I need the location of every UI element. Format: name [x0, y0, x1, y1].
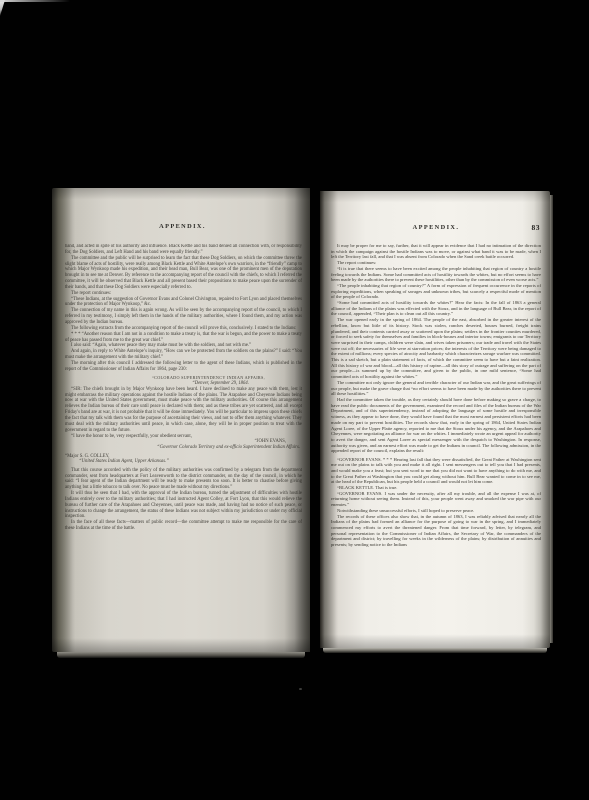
scan-edge-artifact: [0, 0, 5, 16]
addressee-title: “United States Indian Agent, Upper Arkan…: [65, 459, 302, 465]
book-spread: APPENDIX. band, and acted in spite of hi…: [52, 188, 552, 658]
paragraph: The morning after this council I address…: [65, 361, 302, 373]
right-page: APPENDIX. 83 It may be proper for me to …: [320, 191, 550, 648]
page-bottom-edge: [57, 652, 305, 658]
photo-background: APPENDIX. band, and acted in spite of hi…: [0, 0, 589, 800]
page-header-left: APPENDIX.: [65, 223, 300, 230]
paragraph: The committee not only ignore the genera…: [331, 380, 541, 397]
paragraph: Had the committee taken the trouble, as …: [331, 397, 541, 454]
paragraph: The records of these offices also show t…: [331, 514, 541, 548]
page-header-text: APPENDIX.: [413, 224, 460, 231]
paragraph: band, and acted in spite of his authorit…: [65, 244, 302, 256]
paragraph: The committee and the public will be sur…: [65, 256, 302, 291]
dialogue-line: “GOVERNOR EVANS. I was under the necessi…: [331, 491, 541, 508]
paragraph: * * * “Another reason that I am not in a…: [65, 332, 302, 344]
paragraph: “SIR: The chiefs brought in by Major Wyn…: [65, 387, 302, 434]
paragraph: “It is true that there seems to have bee…: [331, 266, 541, 283]
page-bottom-edge: [323, 648, 547, 653]
paragraph: “The people inhabiting that region of co…: [331, 283, 541, 300]
paragraph: The connection of my name in this is aga…: [65, 308, 302, 326]
paragraph: The war opened early in the spring of 18…: [331, 317, 541, 380]
paragraph: And again, in reply to White Antelope’s …: [65, 349, 302, 361]
paragraph: It may be proper for me to say, further,…: [331, 243, 541, 260]
left-page: APPENDIX. band, and acted in spite of hi…: [52, 188, 310, 652]
paragraph: “These Indians, at the suggestion of Gov…: [65, 297, 302, 309]
paragraph: In the face of all these facts—matters o…: [65, 520, 302, 532]
page-number: 83: [532, 223, 541, 232]
dialogue-line: “GOVERNOR EVANS. * * * Hearing last fall…: [331, 457, 541, 486]
dust-speck: [299, 688, 302, 690]
scan-edge-artifact: [0, 0, 70, 2]
paragraph: The following extracts from the accompan…: [65, 326, 302, 332]
paragraph: It will thus be seen that I had, with th…: [65, 491, 302, 520]
left-page-text: band, and acted in spite of his authorit…: [65, 244, 302, 532]
right-page-text: It may be proper for me to say, further,…: [331, 243, 541, 548]
page-header-right: APPENDIX. 83: [332, 224, 540, 231]
paragraph: That this course accorded with the polic…: [65, 468, 302, 491]
page-side-edge: [550, 195, 553, 643]
paragraph: “Some had committed acts of hostility to…: [331, 300, 541, 317]
signature-title: “Governor Colorado Territory and ex-offi…: [65, 445, 302, 451]
